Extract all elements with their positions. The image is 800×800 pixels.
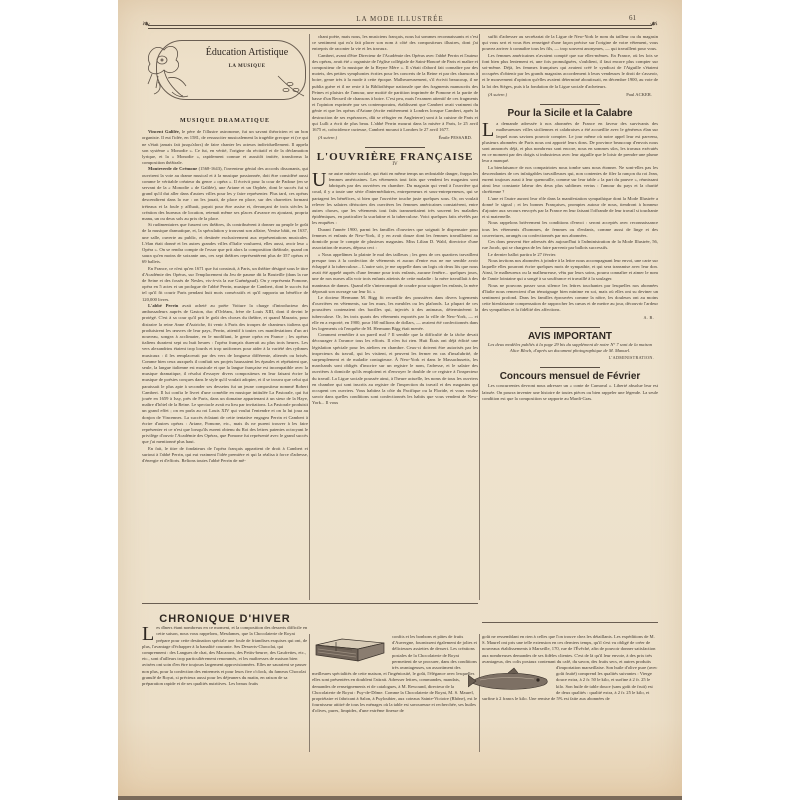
- education-artistique-cartouche: Éducation Artistique LA MUSIQUE: [142, 34, 308, 112]
- drop-cap: L: [142, 626, 154, 642]
- paragraph: La bienfaisance de nos compatriotes nous…: [482, 165, 658, 196]
- paragraph: « Nous appelâmes la plainte le mal des t…: [312, 252, 478, 295]
- avis-text: Les deux modèles publiés à la page 29 bi…: [482, 342, 658, 354]
- paragraph: En France, ce n'est qu'en 1671 que fut c…: [142, 266, 308, 303]
- article-signature: (A suivre.) Émile PESSARD.: [312, 135, 478, 141]
- paragraph: L'une et l'autre auront leur rôle dans l…: [482, 196, 658, 221]
- paragraph: L'abbé Perrin avait acheté au poète Voit…: [142, 303, 308, 446]
- paragraph: La demande adressée à nos abonnées de Fr…: [482, 121, 658, 164]
- paragraph: Nous rappelons brièvement les conditions…: [482, 220, 658, 239]
- paragraph-lead: L'abbé Perrin: [148, 303, 182, 308]
- cartouche-subtitle: LA MUSIQUE: [192, 64, 302, 70]
- paragraph: chant poète, mais nous, les musiciens fr…: [312, 34, 478, 53]
- paragraph: Comment remédier à un pareil mal ? Il se…: [312, 332, 478, 406]
- paragraph: Une autre misère sociale, qui était en m…: [312, 171, 478, 227]
- musique-article-continued: chant poète, mais nous, les musiciens fr…: [312, 34, 478, 133]
- section-title-chronique-hiver: CHRONIQUE D'HIVER: [142, 616, 308, 622]
- author-name: Émile PESSARD.: [439, 135, 472, 141]
- running-title: LA MODE ILLUSTRÉE: [118, 15, 682, 23]
- musique-article-body: Vincent Galilée, le père de l'illustre a…: [142, 129, 308, 464]
- column-3: suffit d'adresser au secrétariat de la L…: [482, 34, 658, 402]
- sicile-article-body: La demande adressée à nos abonnées de Fr…: [482, 121, 658, 313]
- paragraph: suffit d'adresser au secrétariat de la L…: [482, 34, 658, 53]
- column-divider: [309, 634, 310, 752]
- sicile-signature: A. B.: [482, 315, 654, 321]
- paragraph: Les dîners étant nombreux en ce moment, …: [142, 625, 308, 687]
- chronique-top-rule: [142, 603, 478, 604]
- cartouche-title: Éducation Artistique: [192, 50, 302, 56]
- paragraph-lead: Vincent Galilée,: [148, 129, 182, 134]
- chronique-column-a: CHRONIQUE D'HIVER Les dîners étant nombr…: [142, 610, 308, 687]
- paragraph-lead: Monteverde de Crémone: [148, 166, 199, 171]
- header-rule: [148, 25, 652, 29]
- ouvriere-article-body: Une autre misère sociale, qui était en m…: [312, 171, 478, 407]
- ouvriere-article-continued: suffit d'adresser au secrétariat de la L…: [482, 34, 658, 90]
- separator-rule: [540, 367, 600, 368]
- to-be-continued-note: (A suivre.): [488, 92, 507, 98]
- paragraph: Ces dons peuvent être adressés dès aujou…: [482, 239, 658, 251]
- paragraph: Cambert, avant d'être Directeur de l'Aca…: [312, 53, 478, 134]
- section-title-musique-dramatique: MUSIQUE DRAMATIQUE: [142, 118, 308, 124]
- column-3-bottom-rule: [482, 622, 658, 623]
- column-2: chant poète, mais nous, les musiciens fr…: [312, 34, 478, 407]
- paragraph: Monteverde de Crémone (1568-1643), l'inv…: [142, 166, 308, 222]
- separator-rule: [540, 327, 600, 328]
- sardine-fish-illustration-icon: [468, 667, 552, 693]
- paragraph: Durant l'année 1900, parmi les familles …: [312, 227, 478, 252]
- page-number: 61: [629, 14, 636, 22]
- chronique-column-b: confits et les bonbons et pâtes de fruit…: [312, 634, 478, 715]
- paragraph: Vincent Galilée, le père de l'illustre a…: [142, 129, 308, 166]
- paragraph: Si rudimentaires que fussent ces théâtre…: [142, 222, 308, 265]
- author-name: Paul ACKER.: [626, 92, 652, 98]
- paragraph: goût ne ressemblant en rien à celles que…: [482, 634, 658, 702]
- column-1: Éducation Artistique LA MUSIQUE MUSIQUE …: [142, 34, 308, 464]
- column-divider: [309, 34, 310, 600]
- paragraph: confits et les bonbons et pâtes de fruit…: [312, 634, 478, 715]
- newspaper-page: LA MODE ILLUSTRÉE 61 ❧ ❧: [118, 0, 682, 800]
- paragraph: Les concurrentes devront nous adresser u…: [482, 383, 658, 402]
- drop-cap: U: [312, 172, 326, 188]
- article-signature: (A suivre.) Paul ACKER.: [482, 92, 658, 98]
- drop-cap: L: [482, 122, 494, 138]
- separator-rule: [540, 104, 600, 105]
- column-divider: [479, 34, 480, 600]
- section-title-sicile-calabre: Pour la Sicile et la Calabre: [482, 111, 658, 117]
- avis-signature: L'ADMINISTRATION.: [482, 355, 654, 361]
- paragraph: En fait, le titre de fondateurs de l'opé…: [142, 446, 308, 465]
- section-title-avis-important: AVIS IMPORTANT: [482, 334, 658, 340]
- section-title-ouvriere-francaise: L'OUVRIÈRE FRANÇAISE: [312, 154, 478, 160]
- to-be-continued-note: (A suivre.): [318, 135, 337, 141]
- paragraph: Le docteur Hermann M. Bigg fit recueilli…: [312, 295, 478, 332]
- concours-text: Les concurrentes devront nous adresser u…: [482, 383, 658, 402]
- section-title-concours: Concours mensuel de Février: [482, 374, 658, 380]
- sprig-ornament-icon: [276, 74, 306, 100]
- paragraph: Les femmes américaines n'avaient compté …: [482, 53, 658, 90]
- separator-rule: [365, 147, 425, 148]
- paragraph: Nous invitons nos abonnées à joindre à l…: [482, 258, 658, 283]
- paragraph: Nous ne pouvons passer sous silence les …: [482, 283, 658, 314]
- chronique-column-c: goût ne ressemblant en rien à celles que…: [482, 634, 658, 702]
- page-edge: [118, 796, 682, 800]
- chocolate-box-illustration-icon: [312, 635, 388, 665]
